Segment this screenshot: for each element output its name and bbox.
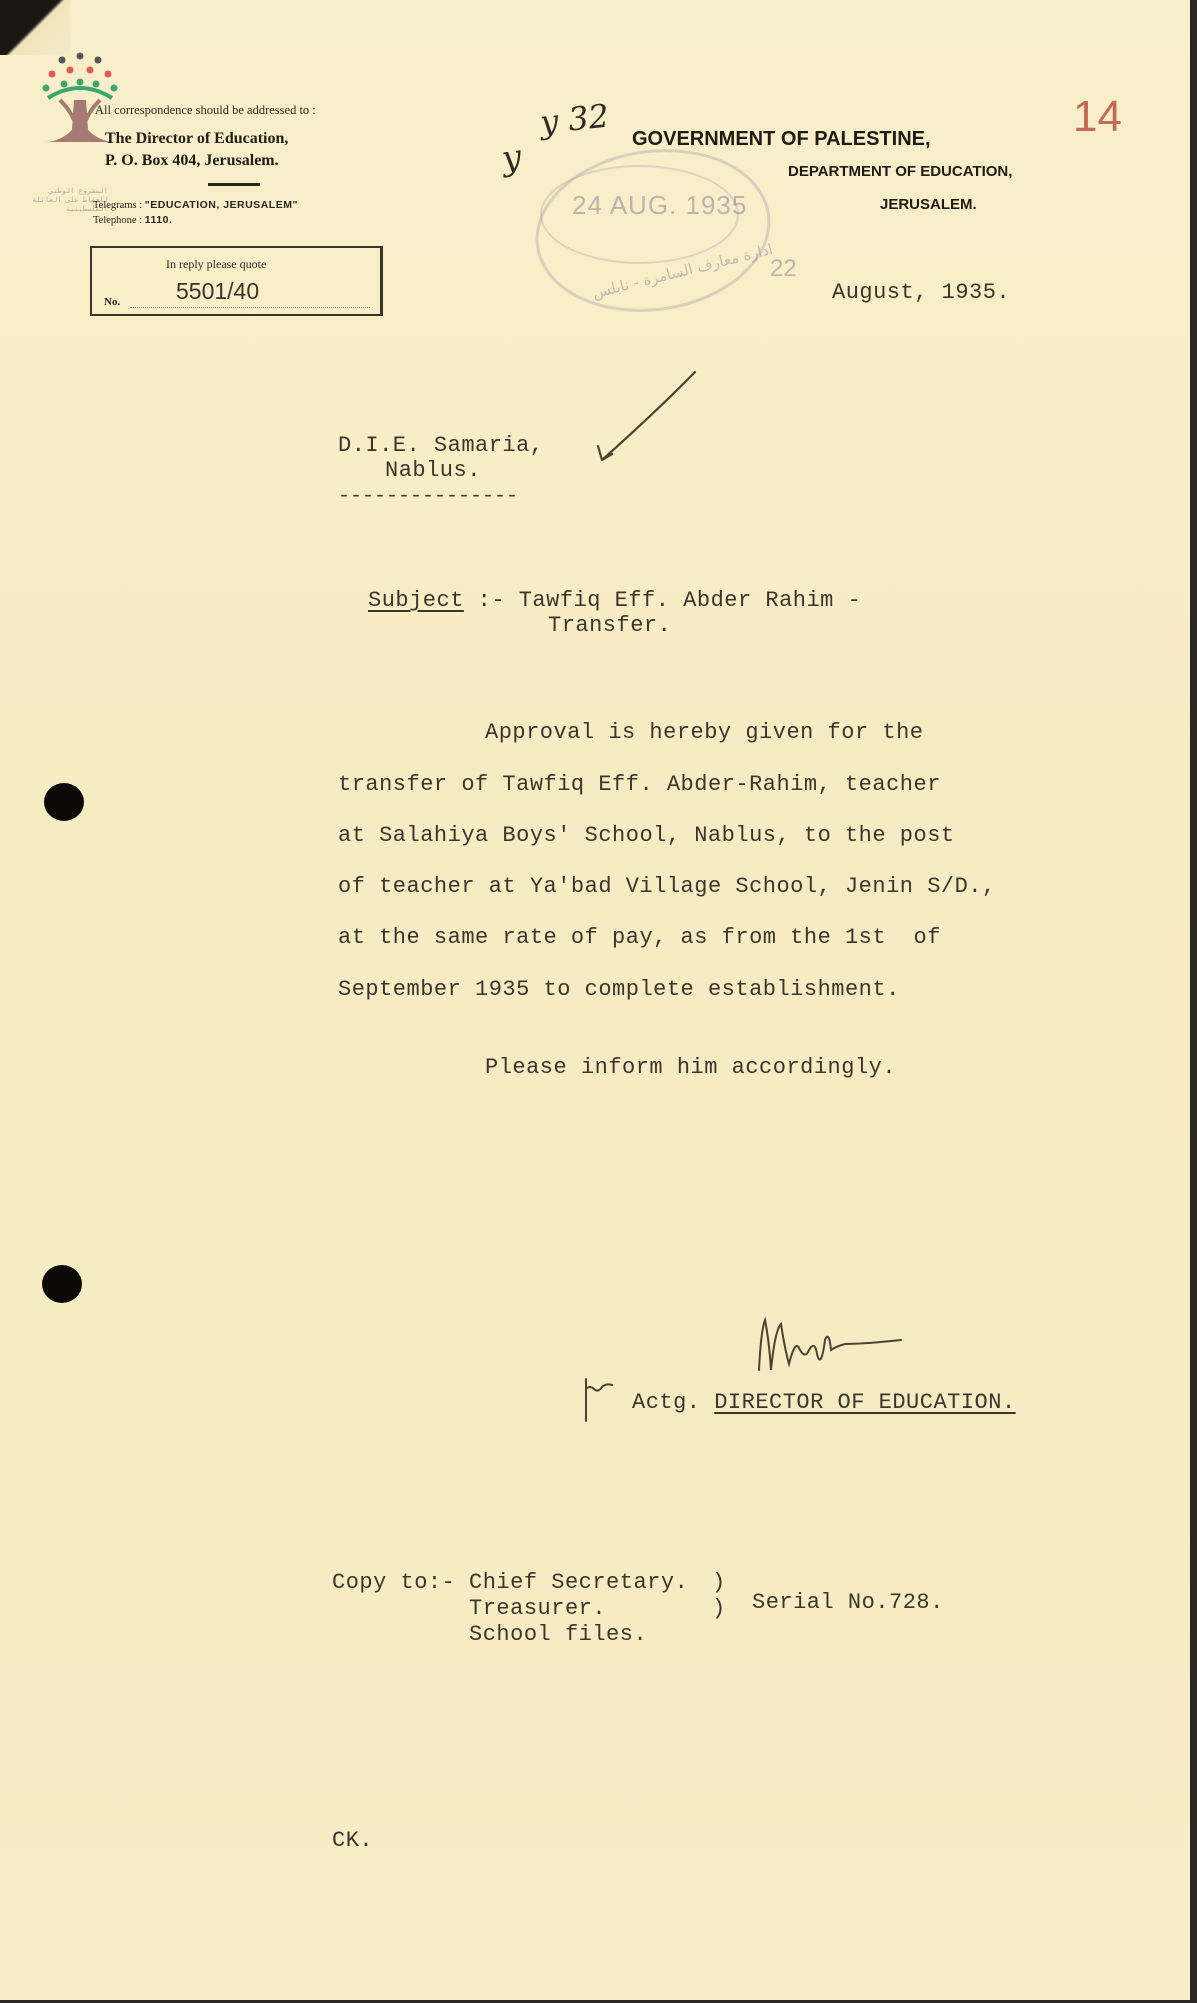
letter-date: August, 1935. <box>832 280 1010 305</box>
body-line: transfer of Tawfiq Eff. Abder-Rahim, tea… <box>338 772 941 797</box>
government-title: GOVERNMENT OF PALESTINE, <box>632 128 931 151</box>
department-title: DEPARTMENT OF EDUCATION, <box>788 163 1012 180</box>
body-line: at Salahiya Boys' School, Nablus, to the… <box>338 823 955 848</box>
copy-recipient: School files. <box>469 1622 647 1647</box>
copy-recipient: Chief Secretary. <box>469 1570 688 1595</box>
bracket: ) ) <box>712 1570 726 1622</box>
body-line: September 1935 to complete establishment… <box>338 977 900 1002</box>
body-line: of teacher at Ya'bad Village School, Jen… <box>338 874 996 899</box>
subject-line: Subject :- Tawfiq Eff. Abder Rahim - <box>368 588 861 613</box>
recipient-line: D.I.E. Samaria, <box>338 433 544 458</box>
serial-number: Serial No.728. <box>752 1590 944 1615</box>
recipient-line: Nablus. <box>385 458 481 483</box>
subject-label: Subject <box>368 588 464 613</box>
page-edge <box>1190 0 1197 2003</box>
checkmark-icon <box>590 368 700 468</box>
signer-block: Actg. DIRECTOR OF EDUCATION. <box>632 1390 1016 1415</box>
address-line: P. O. Box 404, Jerusalem. <box>105 150 288 172</box>
body-line: Approval is hereby given for the <box>485 720 923 745</box>
closing-line: Please inform him accordingly. <box>485 1055 896 1080</box>
signature <box>755 1310 905 1380</box>
telegrams-label: Telegrams : <box>93 200 142 211</box>
number-line <box>130 307 370 308</box>
address-line: The Director of Education, <box>105 128 288 150</box>
punch-hole <box>44 783 84 821</box>
recipient-rule: --------------- <box>338 485 518 508</box>
handwritten-mark: y 32 <box>538 96 611 141</box>
telephone-label: Telephone : <box>93 215 142 226</box>
copy-to-block: Copy to:- Chief Secretary. Treasurer. Sc… <box>332 1570 688 1648</box>
copy-label: Copy to:- <box>332 1570 455 1595</box>
punch-hole <box>42 1265 82 1303</box>
folded-corner <box>0 0 70 55</box>
correspondence-note: All correspondence should be addressed t… <box>95 103 316 118</box>
city-title: JERUSALEM. <box>880 196 977 213</box>
telegrams-value: "EDUCATION, JERUSALEM" <box>145 199 298 211</box>
subject-separator: :- <box>464 588 519 613</box>
copy-recipient: Treasurer. <box>469 1596 606 1621</box>
director-address: The Director of Education, P. O. Box 404… <box>105 128 288 172</box>
body-line: at the same rate of pay, as from the 1st… <box>338 925 941 950</box>
contact-info: Telegrams : "EDUCATION, JERUSALEM" Telep… <box>93 198 298 228</box>
per-pro-mark <box>580 1375 616 1425</box>
reply-label: In reply please quote <box>166 257 266 272</box>
page-number-handwritten: 14 <box>1073 92 1122 142</box>
subject-text-cont: Transfer. <box>548 613 671 638</box>
signer-title: DIRECTOR OF EDUCATION. <box>714 1390 1015 1415</box>
stamp-date: 24 AUG. 1935 <box>572 190 747 221</box>
telephone-value: 1110. <box>145 214 173 226</box>
signer-prefix: Actg. <box>632 1390 701 1415</box>
divider <box>208 183 260 186</box>
reference-number: 5501/40 <box>176 278 259 305</box>
subject-text: Tawfiq Eff. Abder Rahim - <box>519 588 862 613</box>
number-label: No. <box>104 296 120 308</box>
stamp-number: 22 <box>770 255 797 283</box>
typist-initials: CK. <box>332 1828 373 1853</box>
